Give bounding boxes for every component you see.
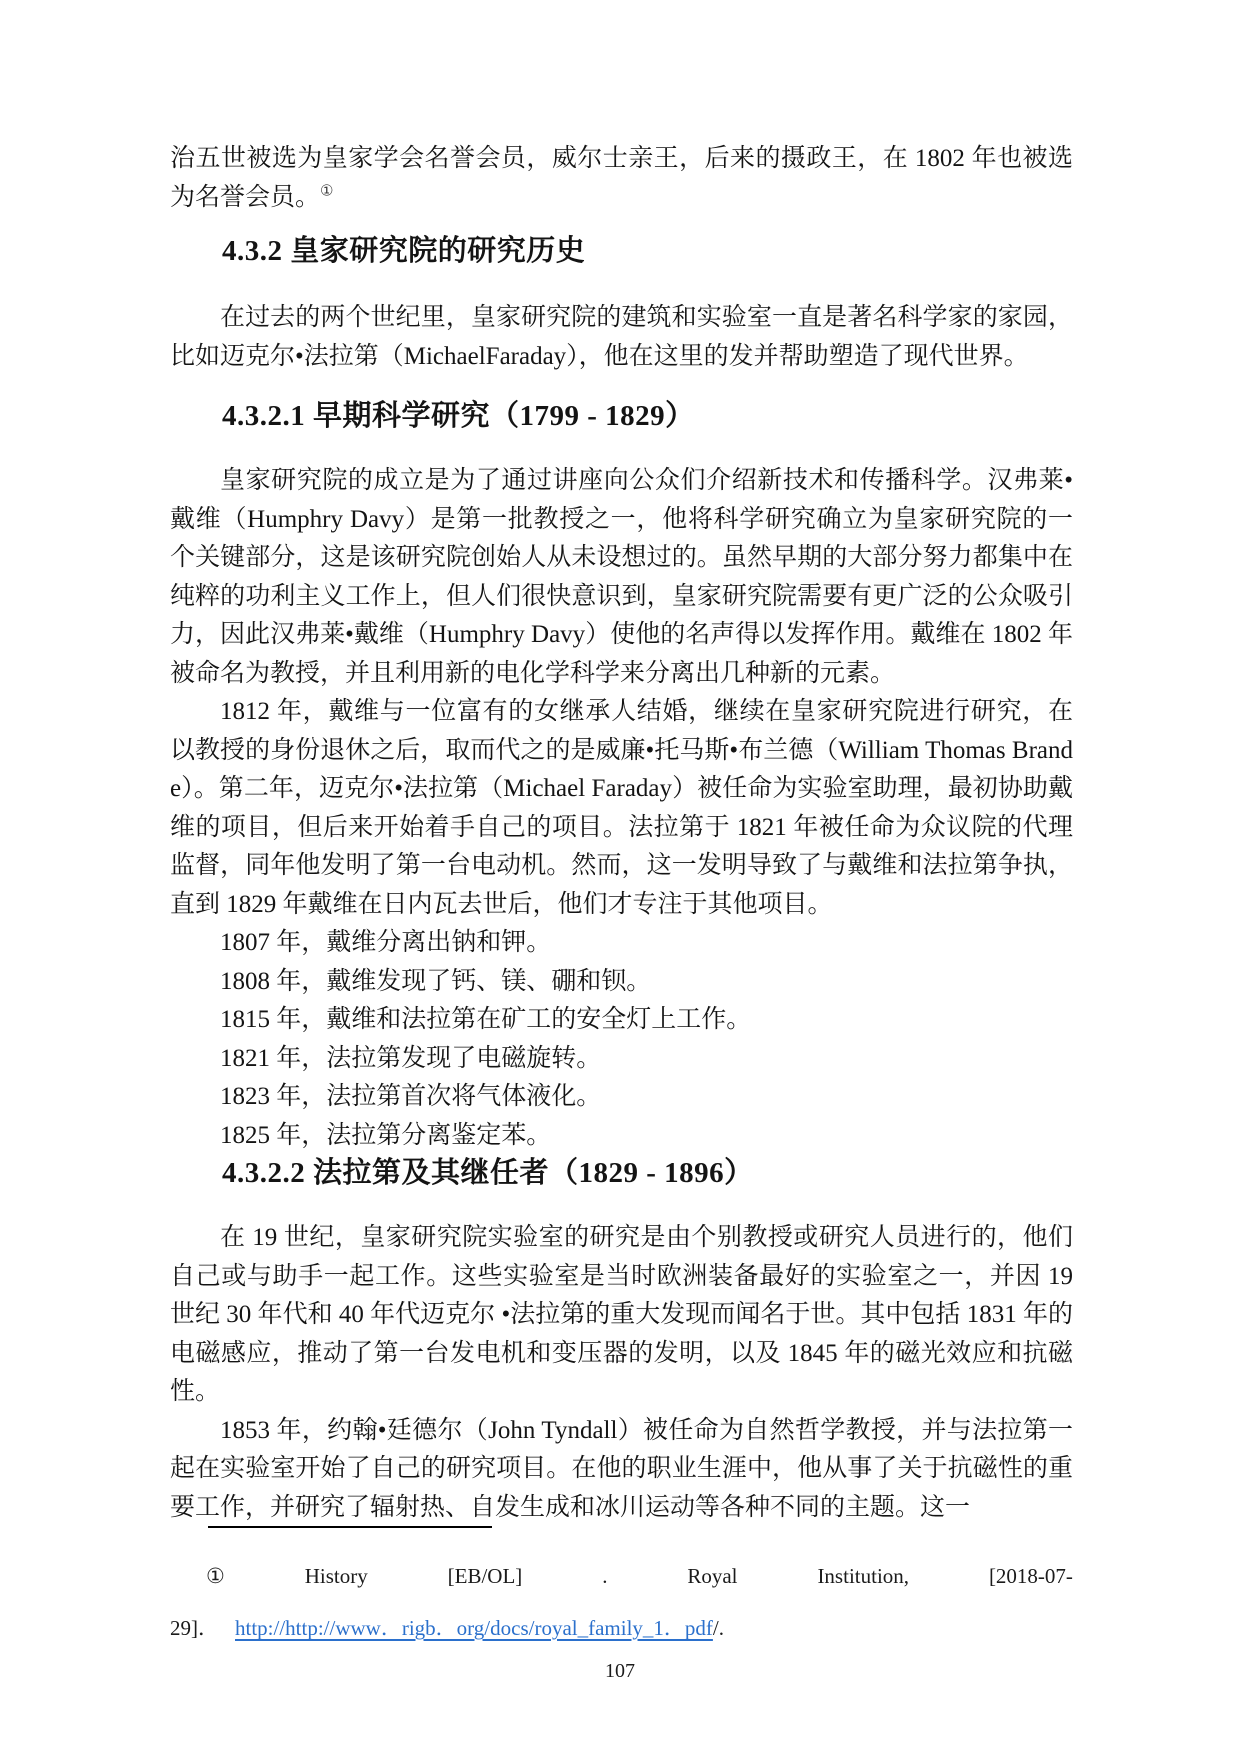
- footnote-word-royal: Royal: [687, 1562, 737, 1590]
- timeline-item: 1823 年，法拉第首次将气体液化。: [170, 1078, 1073, 1117]
- footnote-word-date: [2018-07-: [989, 1562, 1073, 1590]
- document-page: 治五世被选为皇家学会名誉会员，威尔士亲王，后来的摄政王，在 1802 年也被选为…: [0, 0, 1240, 1753]
- timeline-list: 1807 年，戴维分离出钠和钾。 1808 年，戴维发现了钙、镁、硼和钡。 18…: [170, 924, 1073, 1155]
- footnote-word-period: .: [602, 1562, 607, 1590]
- paragraph-continued-text: 治五世被选为皇家学会名誉会员，威尔士亲王，后来的摄政王，在 1802 年也被选为…: [170, 145, 1073, 211]
- footnote-divider: [208, 1526, 492, 1528]
- section-heading-4321: 4.3.2.1 早期科学研究（1799 - 1829）: [222, 398, 1073, 434]
- page-body: 治五世被选为皇家学会名誉会员，威尔士亲王，后来的摄政王，在 1802 年也被选为…: [170, 140, 1073, 1527]
- timeline-item: 1808 年，戴维发现了钙、镁、硼和钡。: [170, 963, 1073, 1002]
- footnote-area: ① History [EB/OL] . Royal Institution, […: [170, 1526, 1073, 1642]
- footnote-date-suffix: 29]．: [170, 1616, 219, 1640]
- paragraph-4322-b: 1853 年，约翰•廷德尔（John Tyndall）被任命为自然哲学教授，并与…: [170, 1412, 1073, 1528]
- paragraph-4321-a: 皇家研究院的成立是为了通过讲座向公众们介绍新技术和传播科学。汉弗莱•戴维（Hum…: [170, 462, 1073, 693]
- timeline-item: 1821 年，法拉第发现了电磁旋转。: [170, 1040, 1073, 1079]
- footnote-word-institution: Institution,: [817, 1562, 909, 1590]
- timeline-item: 1825 年，法拉第分离鉴定苯。: [170, 1117, 1073, 1156]
- footnote-marker: ①: [206, 1562, 225, 1590]
- footnote-url-link[interactable]: http://http://www．rigb．org/docs/royal_fa…: [235, 1616, 713, 1640]
- paragraph-4321-b: 1812 年，戴维与一位富有的女继承人结婚，继续在皇家研究院进行研究，在以教授的…: [170, 693, 1073, 924]
- footnote-citation-line1: ① History [EB/OL] . Royal Institution, […: [170, 1562, 1073, 1590]
- page-number: 107: [0, 1660, 1240, 1683]
- section-heading-4322: 4.3.2.2 法拉第及其继任者（1829 - 1896）: [222, 1155, 1073, 1191]
- timeline-item: 1807 年，戴维分离出钠和钾。: [170, 924, 1073, 963]
- footnote-url-suffix: /.: [713, 1616, 724, 1640]
- footnote-word-history: History: [305, 1562, 368, 1590]
- footnote-reference-mark: ①: [320, 183, 333, 199]
- section-heading-432: 4.3.2 皇家研究院的研究历史: [222, 233, 1073, 269]
- paragraph-432-intro: 在过去的两个世纪里，皇家研究院的建筑和实验室一直是著名科学家的家园，比如迈克尔•…: [170, 299, 1073, 376]
- timeline-item: 1815 年，戴维和法拉第在矿工的安全灯上工作。: [170, 1001, 1073, 1040]
- paragraph-4322-a: 在 19 世纪，皇家研究院实验室的研究是由个别教授或研究人员进行的，他们自己或与…: [170, 1219, 1073, 1412]
- footnote-word-ebol: [EB/OL]: [448, 1562, 523, 1590]
- footnote-citation-line2: 29]．http://http://www．rigb．org/docs/roya…: [170, 1614, 1073, 1642]
- paragraph-continued: 治五世被选为皇家学会名誉会员，威尔士亲王，后来的摄政王，在 1802 年也被选为…: [170, 140, 1073, 217]
